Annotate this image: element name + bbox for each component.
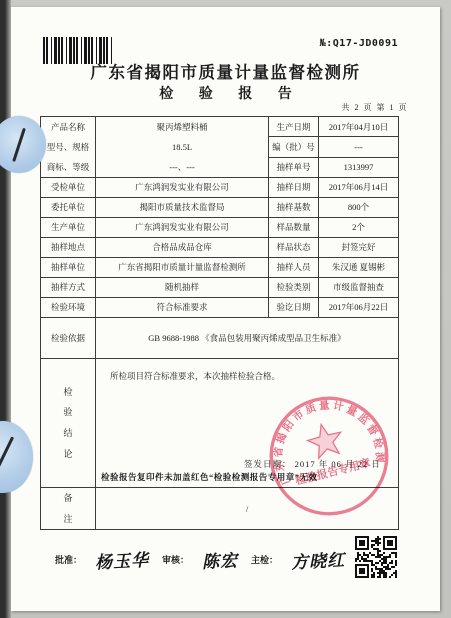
table-row: 检验环境 符合标准要求 验讫日期 2017年06月22日 bbox=[41, 298, 399, 318]
label-batch-no: 编（批）号 bbox=[269, 137, 319, 157]
table-row: 检验结论 所检项目符合标准要求，本次抽样检验合格。 签发日期： 2017 年 0… bbox=[41, 359, 399, 488]
review-label: 审核： bbox=[162, 553, 189, 566]
label-product-name: 产品名称 bbox=[41, 117, 95, 137]
sample-status: 封签完好 bbox=[319, 238, 399, 258]
inspection-category: 市级监督抽查 bbox=[319, 278, 399, 298]
qr-code bbox=[355, 535, 397, 579]
label-producer: 生产单位 bbox=[41, 218, 96, 238]
label-sampling-date: 抽样日期 bbox=[269, 178, 319, 198]
label-completion-date: 验讫日期 bbox=[269, 298, 319, 318]
label-sampling-personnel: 抽样人员 bbox=[269, 258, 319, 278]
label-sampling-base: 抽样基数 bbox=[269, 198, 319, 218]
brand-grade: ---、--- bbox=[96, 157, 268, 177]
chief-inspector-label: 主检： bbox=[251, 553, 278, 566]
product-label-cell: 产品名称 型号、规格 商标、等级 bbox=[41, 117, 96, 178]
label-sample-qty: 样品数量 bbox=[269, 218, 319, 238]
model-spec: 18.5L bbox=[96, 137, 268, 157]
remark-vertical-label: 备注 bbox=[64, 488, 73, 529]
label-sampling-unit: 抽样单位 bbox=[41, 258, 96, 278]
chief-inspector-signature: 方晓红 bbox=[290, 546, 345, 574]
sampling-sheet-no: 1313997 bbox=[319, 157, 399, 177]
seal-slash-mark bbox=[12, 127, 26, 162]
producer: 广东鸿润发实业有限公司 bbox=[96, 218, 269, 238]
report-page: №:Q17-JD0091 广东省揭阳市质量计量监督检测所 检 验 报 告 共 2… bbox=[11, 7, 440, 611]
conclusion-vertical-label: 检验结论 bbox=[64, 382, 73, 465]
approve-label: 批准： bbox=[55, 553, 82, 566]
doc-title: 检 验 报 告 bbox=[11, 83, 440, 103]
product-name: 聚丙烯塑料桶 bbox=[96, 117, 268, 137]
seal-slash-mark bbox=[0, 436, 14, 477]
batch-no: --- bbox=[319, 137, 399, 157]
page-indicator: 共 2 页 第 1 页 bbox=[342, 102, 409, 113]
inspection-env: 符合标准要求 bbox=[96, 298, 269, 318]
table-row: 受检单位 广东鸿润发实业有限公司 抽样日期 2017年06月14日 bbox=[41, 178, 399, 198]
table-row: 抽样地点 合格品成品仓库 样品状态 封签完好 bbox=[41, 238, 399, 258]
scan-edge-shadow bbox=[0, 0, 11, 618]
completion-date: 2017年06月22日 bbox=[319, 298, 399, 318]
label-brand-grade: 商标、等级 bbox=[41, 157, 95, 177]
label-production-date: 生产日期 bbox=[269, 117, 319, 137]
remark-value: / bbox=[96, 488, 399, 530]
label-inspection-env: 检验环境 bbox=[41, 298, 96, 318]
label-sample-status: 样品状态 bbox=[269, 238, 319, 258]
approve-signature: 杨玉华 bbox=[94, 546, 149, 574]
sampling-place: 合格品成品仓库 bbox=[96, 238, 269, 258]
label-inspection-category: 检验类别 bbox=[269, 278, 319, 298]
review-signature: 陈宏 bbox=[201, 546, 238, 573]
label-conclusion: 检验结论 bbox=[41, 359, 96, 488]
scanned-report: №:Q17-JD0091 广东省揭阳市质量计量监督检测所 检 验 报 告 共 2… bbox=[0, 0, 451, 618]
sampling-method: 随机抽样 bbox=[96, 278, 269, 298]
label-remark: 备注 bbox=[41, 488, 96, 530]
label-inspected-unit: 受检单位 bbox=[41, 178, 96, 198]
sampling-date: 2017年06月14日 bbox=[319, 178, 399, 198]
sampling-personnel: 朱汉通 夏锡彬 bbox=[319, 258, 399, 278]
org-title: 广东省揭阳市质量计量监督检测所 bbox=[11, 59, 440, 83]
inspection-basis: GB 9688-1988 《食品包装用聚丙烯成型品卫生标准》 bbox=[96, 318, 399, 359]
table-row: 抽样单位 广东省揭阳市质量计量监督检测所 抽样人员 朱汉通 夏锡彬 bbox=[41, 258, 399, 278]
inspected-unit: 广东鸿润发实业有限公司 bbox=[96, 178, 269, 198]
report-table: 产品名称 型号、规格 商标、等级 聚丙烯塑料桶 18.5L ---、--- 生产… bbox=[40, 116, 399, 530]
table-row: 生产单位 广东鸿润发实业有限公司 样品数量 2个 bbox=[41, 218, 399, 238]
product-value-cell: 聚丙烯塑料桶 18.5L ---、--- bbox=[96, 117, 269, 178]
entrusting-unit: 揭阳市质量技术监督局 bbox=[96, 198, 269, 218]
sampling-unit: 广东省揭阳市质量计量监督检测所 bbox=[96, 258, 269, 278]
label-entrusting-unit: 委托单位 bbox=[41, 198, 96, 218]
conclusion-text: 所检项目符合标准要求，本次抽样检验合格。 bbox=[110, 371, 280, 381]
issue-date: 签发日期： 2017 年 06 月 22 日 bbox=[244, 459, 381, 469]
label-sampling-place: 抽样地点 bbox=[41, 238, 96, 258]
label-model-spec: 型号、规格 bbox=[41, 137, 95, 157]
label-inspection-basis: 检验依据 bbox=[41, 318, 96, 359]
table-row: 检验依据 GB 9688-1988 《食品包装用聚丙烯成型品卫生标准》 bbox=[41, 318, 399, 359]
conclusion-cell: 所检项目符合标准要求，本次抽样检验合格。 签发日期： 2017 年 06 月 2… bbox=[96, 359, 399, 488]
sample-qty: 2个 bbox=[319, 218, 399, 238]
table-row: 委托单位 揭阳市质量技术监督局 抽样基数 800个 bbox=[41, 198, 399, 218]
copy-invalid-note: 检验报告复印件未加盖红色“检验检测报告专用章”无效 bbox=[101, 472, 318, 482]
sampling-base: 800个 bbox=[319, 198, 399, 218]
table-row: 抽样方式 随机抽样 检验类别 市级监督抽查 bbox=[41, 278, 399, 298]
label-sampling-sheet-no: 抽样单号 bbox=[269, 157, 319, 177]
signature-row: 批准：杨玉华 审核：陈宏 主检：方晓红 bbox=[55, 547, 345, 572]
label-sampling-method: 抽样方式 bbox=[41, 278, 96, 298]
production-date: 2017年04月10日 bbox=[319, 117, 399, 137]
table-row: 备注 / bbox=[41, 488, 399, 530]
report-number: №:Q17-JD0091 bbox=[320, 38, 398, 49]
